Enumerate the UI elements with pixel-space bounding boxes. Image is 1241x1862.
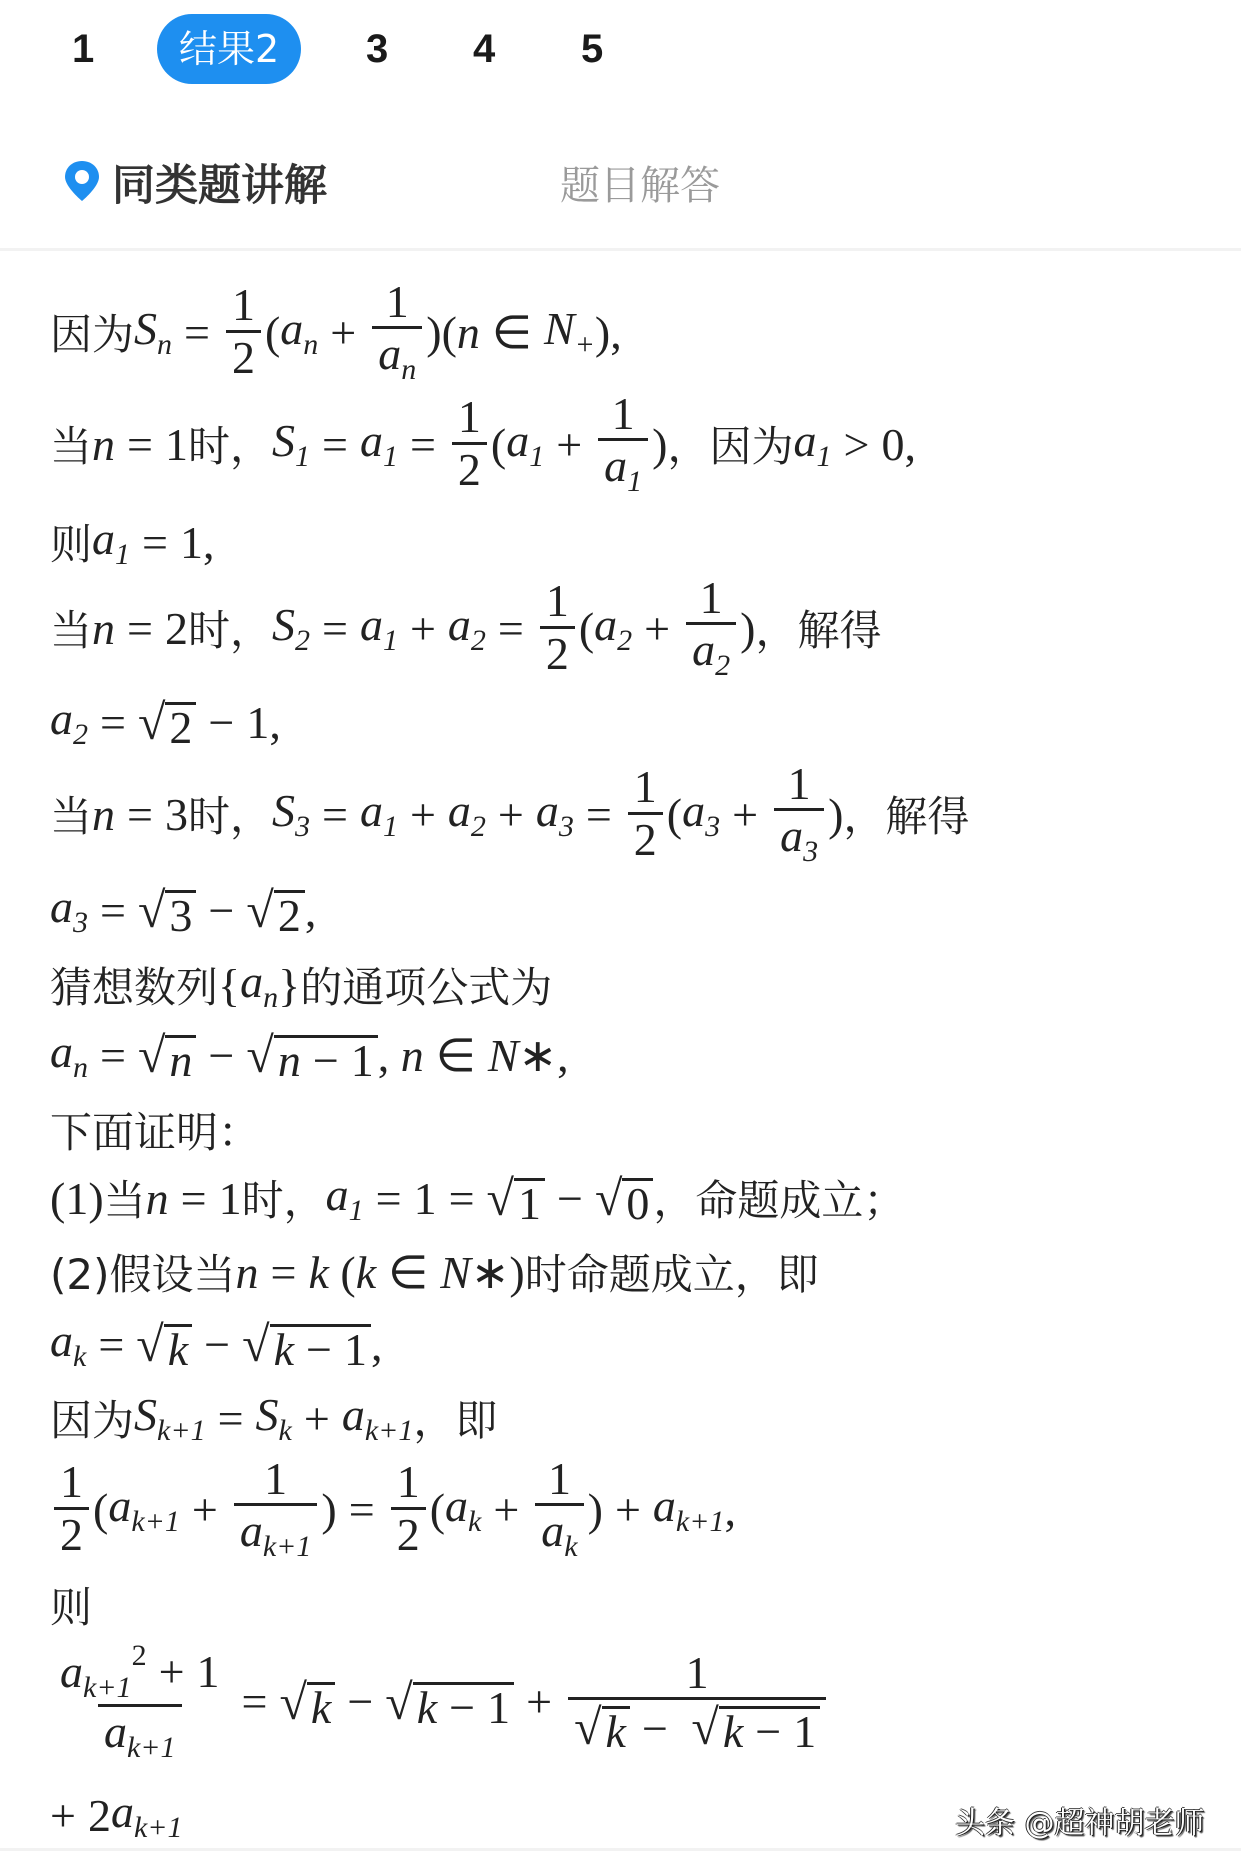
tab-question-answer[interactable]: 题目解答 bbox=[560, 154, 720, 211]
solution-line-14: 因为Sk+1= Sk+ak+1 ，即 bbox=[50, 1388, 497, 1448]
footer-divider bbox=[0, 1848, 1241, 1851]
solution-line-13: ak= √k− √k−1, bbox=[50, 1314, 382, 1374]
tab-3[interactable]: 3 bbox=[366, 14, 388, 84]
solution-line-17: ak+12+1 ak+1 = √k− √k−1 + 1 √k− √k−1 bbox=[50, 1640, 830, 1764]
solution-line-6: 当n=3 时， S3=a1+a2+a3= 12 (a3+ 1a3 )，解得 bbox=[50, 760, 969, 868]
solution-line-12: (2)假设当n=k (k∈N∗) 时命题成立，即 bbox=[50, 1242, 819, 1302]
tab-5[interactable]: 5 bbox=[581, 14, 603, 84]
solution-line-11: (1)当n=1 时， a1=1= √1− √0 ，命题成立； bbox=[50, 1168, 905, 1228]
section-title: 同类题讲解 bbox=[112, 152, 327, 213]
solution-line-7: a3= √3 − √2, bbox=[50, 880, 316, 940]
solution-line-8: 猜想数列{an}的通项公式为 bbox=[50, 955, 552, 1015]
solution-line-5: a2= √2 −1, bbox=[50, 692, 281, 752]
solution-line-4: 当n=2 时， S2=a1+a2= 12 (a2+ 1a2 )，解得 bbox=[50, 574, 881, 682]
solution-line-16: 则 bbox=[50, 1575, 92, 1635]
tab-result-2[interactable]: 结果2 bbox=[157, 14, 301, 84]
header-divider bbox=[0, 248, 1241, 251]
solution-line-18: +2ak+1 bbox=[50, 1785, 183, 1845]
tab-4[interactable]: 4 bbox=[473, 14, 495, 84]
solution-line-15: 12 (ak+1+ 1ak+1 )= 12 (ak+ 1ak )+ak+1, bbox=[50, 1455, 736, 1563]
solution-line-10: 下面证明： bbox=[50, 1100, 260, 1160]
location-pin-icon bbox=[64, 160, 100, 202]
solution-line-2: 当n=1 时， S1=a1= 12 (a1+ 1a1 )， 因为a1>0, bbox=[50, 390, 916, 498]
watermark: 头条 @超神胡老师 bbox=[955, 1798, 1205, 1842]
result-tabs: 1 结果2 3 4 5 bbox=[0, 0, 1241, 96]
tab-1[interactable]: 1 bbox=[72, 14, 94, 84]
solution-line-3: 则a1=1, bbox=[50, 512, 214, 572]
solution-line-9: an= √n − √n−1 , n∈N∗, bbox=[50, 1025, 569, 1085]
solution-line-1: 因为 Sn= 12 (an+ 1an )(n∈N+), bbox=[50, 278, 622, 386]
